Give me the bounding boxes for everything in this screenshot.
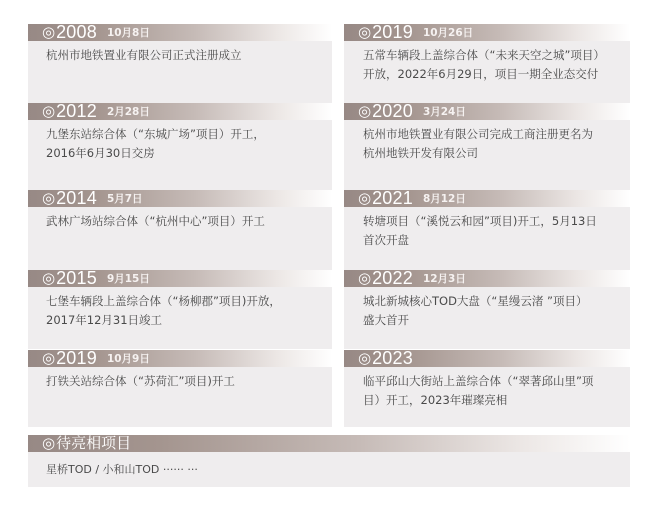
timeline-card-2012: ◎ 2012 2月28日 九堡东站综合体（“东城广场”项目）开工， 2016年6… [28,103,332,190]
card-header: ◎ 2023 [344,350,630,367]
card-body: 转塘项目（“溪悦云和园”项目)开工，5月13日 首次开盘 [344,207,630,271]
card-text-line: 盛大首开 [363,311,626,330]
target-icon: ◎ [42,435,55,452]
card-date: 9月15日 [107,272,150,287]
card-header: ◎ 2015 9月15日 [28,270,332,287]
card-text-line: 首次开盘 [363,231,626,250]
timeline-card-2021: ◎ 2021 8月12日 转塘项目（“溪悦云和园”项目)开工，5月13日 首次开… [344,190,630,271]
upcoming-text: 星桥TOD / 小和山TOD ······ ··· [46,460,612,479]
card-body: 武林广场站综合体（“杭州中心”项目）开工 [28,207,332,271]
card-text-line: 打铁关站综合体（“苏荷汇”项目)开工 [46,372,314,391]
target-icon: ◎ [358,103,371,120]
timeline-card-2014: ◎ 2014 5月7日 武林广场站综合体（“杭州中心”项目）开工 [28,190,332,271]
card-date: 12月3日 [423,272,466,287]
card-text-line: 2016年6月30日交房 [46,144,314,163]
card-header: ◎ 2020 3月24日 [344,103,630,120]
card-text-line: 开放，2022年6月29日，项目一期全业态交付 [363,65,626,84]
card-year: 2019 [372,24,413,41]
card-header: ◎ 2019 10月26日 [344,24,630,41]
card-header: ◎ 2014 5月7日 [28,190,332,207]
card-year: 2014 [56,190,97,207]
card-text-line: 2017年12月31日竣工 [46,311,314,330]
card-date: 2月28日 [107,105,150,120]
target-icon: ◎ [42,103,55,120]
card-header: ◎ 待亮相项目 [28,435,630,452]
timeline-card-2008: ◎ 2008 10月8日 杭州市地铁置业有限公司正式注册成立 [28,24,332,103]
card-body: 五常车辆段上盖综合体（“未来天空之城”项目） 开放，2022年6月29日，项目一… [344,41,630,103]
card-text-line: 杭州市地铁置业有限公司完成工商注册更名为 [363,125,626,144]
card-text-line: 转塘项目（“溪悦云和园”项目)开工，5月13日 [363,212,626,231]
timeline-card-2022: ◎ 2022 12月3日 城北新城核心TOD大盘（“星缦云渚 ”项目） 盛大首开 [344,270,630,349]
target-icon: ◎ [42,190,55,207]
upcoming-projects-card: ◎ 待亮相项目 星桥TOD / 小和山TOD ······ ··· [28,435,630,487]
card-body: 打铁关站综合体（“苏荷汇”项目)开工 [28,367,332,427]
card-text-line: 杭州市地铁置业有限公司正式注册成立 [46,46,314,65]
card-body: 杭州市地铁置业有限公司完成工商注册更名为 杭州地铁开发有限公司 [344,120,630,190]
card-text-line: 临平邱山大街站上盖综合体（“翠著邱山里”项 [363,372,626,391]
timeline-card-2023: ◎ 2023 临平邱山大街站上盖综合体（“翠著邱山里”项 目）开工，2023年璀… [344,350,630,427]
card-body: 七堡车辆段上盖综合体（“杨柳郡”项目)开放， 2017年12月31日竣工 [28,287,332,349]
target-icon: ◎ [358,350,371,367]
card-year: 2020 [372,103,413,120]
card-body: 临平邱山大街站上盖综合体（“翠著邱山里”项 目）开工，2023年璀璨亮相 [344,367,630,427]
card-text-line: 武林广场站综合体（“杭州中心”项目）开工 [46,212,314,231]
card-header: ◎ 2012 2月28日 [28,103,332,120]
target-icon: ◎ [358,24,371,41]
card-body: 城北新城核心TOD大盘（“星缦云渚 ”项目） 盛大首开 [344,287,630,349]
upcoming-title: 待亮相项目 [56,435,131,452]
target-icon: ◎ [42,350,55,367]
card-date: 10月26日 [423,26,473,41]
timeline-card-2015: ◎ 2015 9月15日 七堡车辆段上盖综合体（“杨柳郡”项目)开放， 2017… [28,270,332,349]
target-icon: ◎ [42,270,55,287]
card-text-line: 城北新城核心TOD大盘（“星缦云渚 ”项目） [363,292,626,311]
card-date: 5月7日 [107,192,143,207]
card-year: 2019 [56,350,97,367]
card-date: 8月12日 [423,192,466,207]
card-year: 2008 [56,24,97,41]
target-icon: ◎ [42,24,55,41]
card-date: 3月24日 [423,105,466,120]
card-text-line: 杭州地铁开发有限公司 [363,144,626,163]
target-icon: ◎ [358,270,371,287]
timeline-card-2020: ◎ 2020 3月24日 杭州市地铁置业有限公司完成工商注册更名为 杭州地铁开发… [344,103,630,190]
card-header: ◎ 2008 10月8日 [28,24,332,41]
card-year: 2021 [372,190,413,207]
card-year: 2022 [372,270,413,287]
card-text-line: 五常车辆段上盖综合体（“未来天空之城”项目） [363,46,626,65]
card-header: ◎ 2021 8月12日 [344,190,630,207]
timeline-card-2019-right: ◎ 2019 10月26日 五常车辆段上盖综合体（“未来天空之城”项目） 开放，… [344,24,630,103]
card-text-line: 七堡车辆段上盖综合体（“杨柳郡”项目)开放， [46,292,314,311]
card-body: 杭州市地铁置业有限公司正式注册成立 [28,41,332,103]
card-body: 九堡东站综合体（“东城广场”项目）开工， 2016年6月30日交房 [28,120,332,190]
card-body: 星桥TOD / 小和山TOD ······ ··· [28,452,630,487]
card-year: 2015 [56,270,97,287]
target-icon: ◎ [358,190,371,207]
card-date: 10月8日 [107,26,150,41]
card-text-line: 九堡东站综合体（“东城广场”项目）开工， [46,125,314,144]
card-year: 2023 [372,350,413,367]
card-text-line: 目）开工，2023年璀璨亮相 [363,391,626,410]
card-header: ◎ 2022 12月3日 [344,270,630,287]
card-header: ◎ 2019 10月9日 [28,350,332,367]
card-year: 2012 [56,103,97,120]
card-date: 10月9日 [107,352,150,367]
timeline-card-2019-left: ◎ 2019 10月9日 打铁关站综合体（“苏荷汇”项目)开工 [28,350,332,427]
